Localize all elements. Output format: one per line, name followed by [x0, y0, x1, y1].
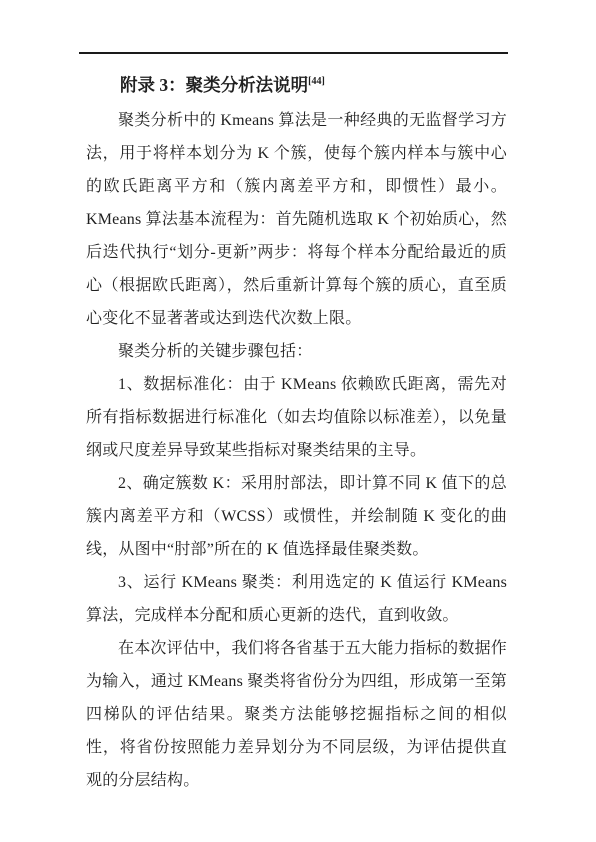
paragraph-step-1-standardization: 1、数据标准化：由于 KMeans 依赖欧氏距离，需先对所有指标数据进行标准化（…	[86, 368, 507, 467]
appendix-title: 附录 3：聚类分析法说明[44]	[86, 66, 507, 104]
header-separator-rule	[79, 52, 508, 54]
paragraph-step-3-run-kmeans: 3、运行 KMeans 聚类：利用选定的 K 值运行 KMeans 算法，完成样…	[86, 566, 507, 632]
document-page: 附录 3：聚类分析法说明[44] 聚类分析中的 Kmeans 算法是一种经典的无…	[0, 0, 596, 842]
page-content: 附录 3：聚类分析法说明[44] 聚类分析中的 Kmeans 算法是一种经典的无…	[86, 66, 507, 797]
paragraph-intro: 聚类分析中的 Kmeans 算法是一种经典的无监督学习方法，用于将样本划分为 K…	[86, 104, 507, 335]
paragraph-step-2-choose-k: 2、确定簇数 K：采用肘部法，即计算不同 K 值下的总簇内离差平方和（WCSS）…	[86, 467, 507, 566]
citation-superscript: [44]	[308, 76, 325, 87]
appendix-title-text: 附录 3：聚类分析法说明	[120, 75, 308, 95]
paragraph-key-steps-lead: 聚类分析的关键步骤包括：	[86, 335, 507, 368]
paragraph-application: 在本次评估中，我们将各省基于五大能力指标的数据作为输入，通过 KMeans 聚类…	[86, 632, 507, 797]
